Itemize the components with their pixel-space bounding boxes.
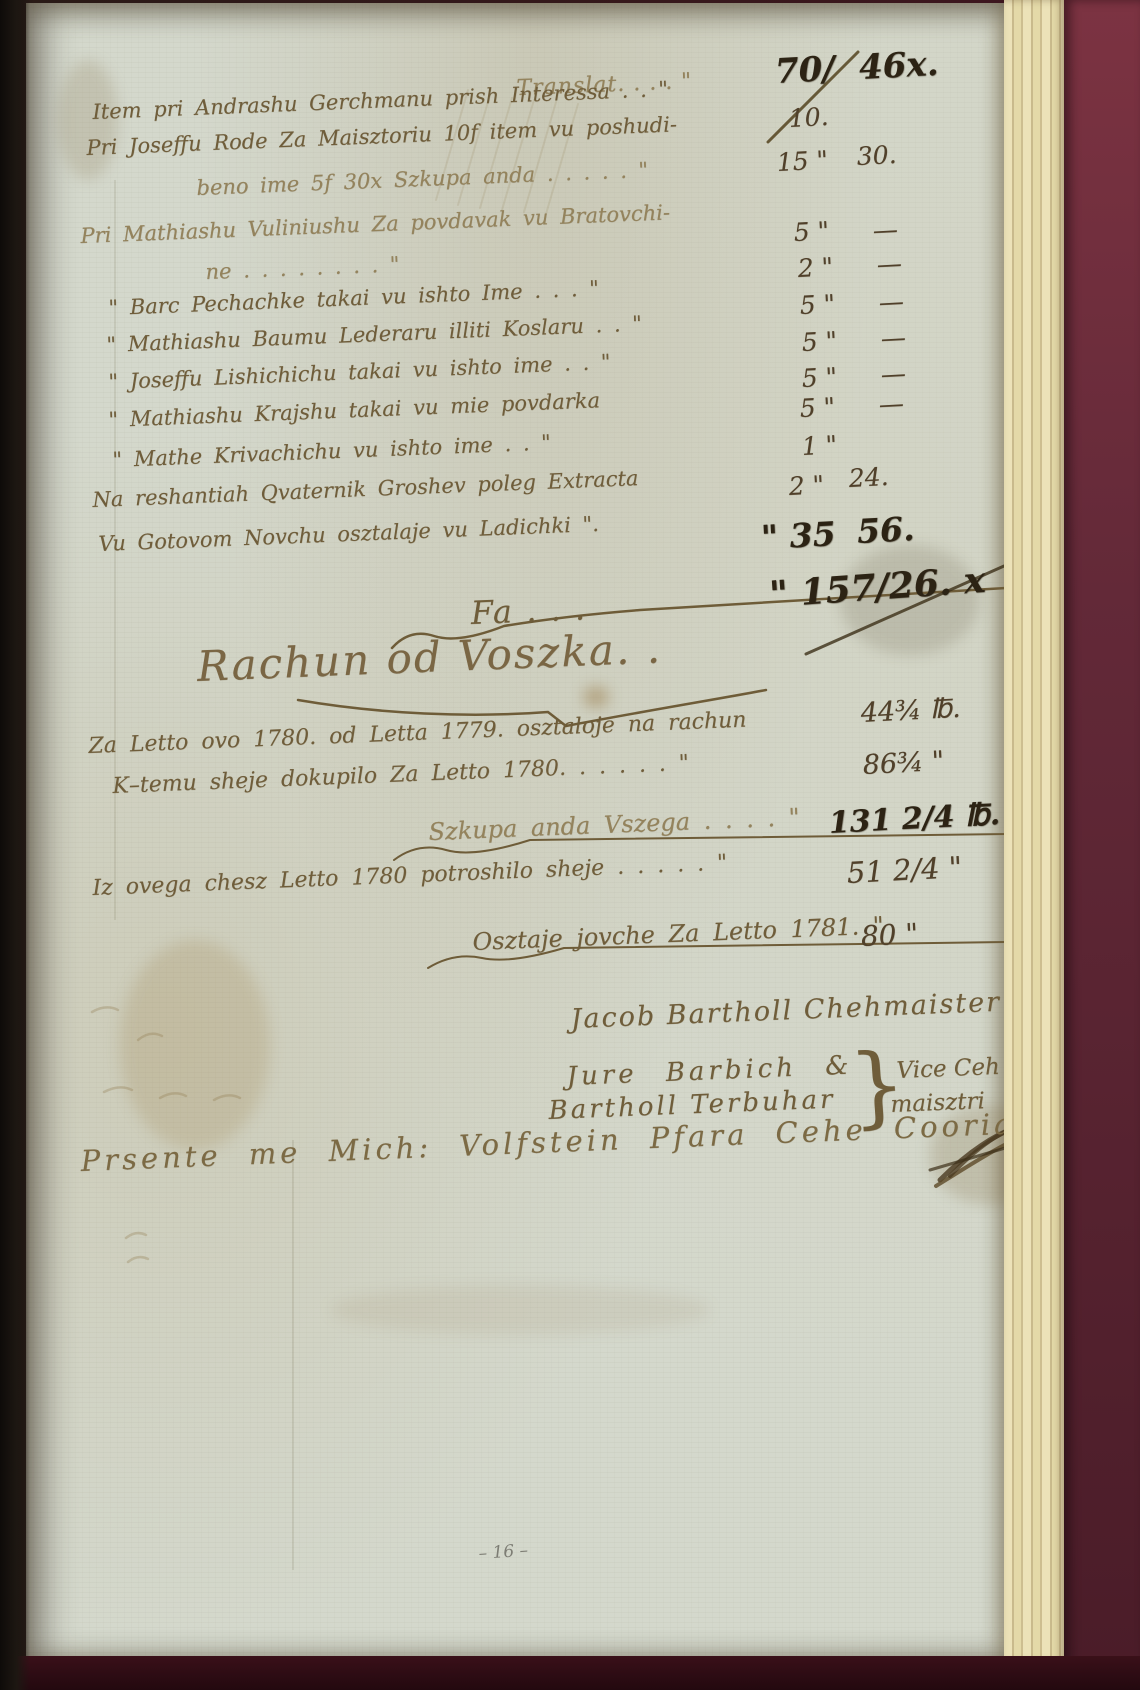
wax-row-value: 51 2/4 ": [846, 850, 963, 890]
paper-crease: [292, 1140, 294, 1570]
amount-kreuzer: —: [872, 215, 898, 245]
book-cover-bottom: [0, 1656, 1140, 1690]
amount-kreuzer: 30.: [856, 140, 897, 171]
amount-kreuzer: —: [880, 323, 906, 353]
amount-kreuzer: —: [878, 389, 904, 419]
amount-florins: 2 ": [788, 470, 825, 501]
bleedthrough-band: [330, 1285, 710, 1335]
amount-florins: 15 ": [776, 145, 829, 177]
amount-kreuzer: —: [876, 249, 902, 279]
book-cover-right: [1064, 0, 1140, 1690]
amount-florins: 5 ": [799, 392, 836, 423]
wax-row-value: 80 ": [860, 917, 919, 953]
amount-florins: 5 ": [801, 326, 838, 357]
carryover-kreuzer: 46x.: [858, 44, 939, 88]
wax-row-value: 86¾ ": [862, 746, 945, 781]
wax-row-value: 44¾ ℔.: [860, 693, 961, 729]
signature-role: Vice Ceh: [896, 1054, 1000, 1084]
ink-stain: [583, 686, 609, 708]
amount-kreuzer: 24.: [848, 462, 889, 493]
carryover-florins: 70/: [774, 49, 836, 92]
amount-florins: 2 ": [797, 252, 834, 283]
total-label: Fa . . .: [470, 589, 588, 632]
page-edge-stack: [1004, 0, 1064, 1662]
book-spine-left: [0, 0, 30, 1690]
amount-florins: 1 ": [801, 430, 838, 461]
amount-kreuzer: —: [880, 359, 906, 389]
manuscript-photo: Translat. . . . " 70/ 46x. Item pri Andr…: [0, 0, 1140, 1690]
amount-florins: 5 ": [799, 289, 836, 320]
amount-florins: 5 ": [801, 362, 838, 393]
page-number: – 16 –: [478, 1541, 529, 1564]
ink-stain: [120, 940, 270, 1150]
amount-florins: 5 ": [793, 216, 830, 247]
amount-florins: " 35: [760, 514, 837, 557]
amount-florins: 10.: [788, 102, 829, 133]
amount-kreuzer: —: [878, 287, 904, 317]
amount-kreuzer: 56.: [856, 509, 915, 551]
